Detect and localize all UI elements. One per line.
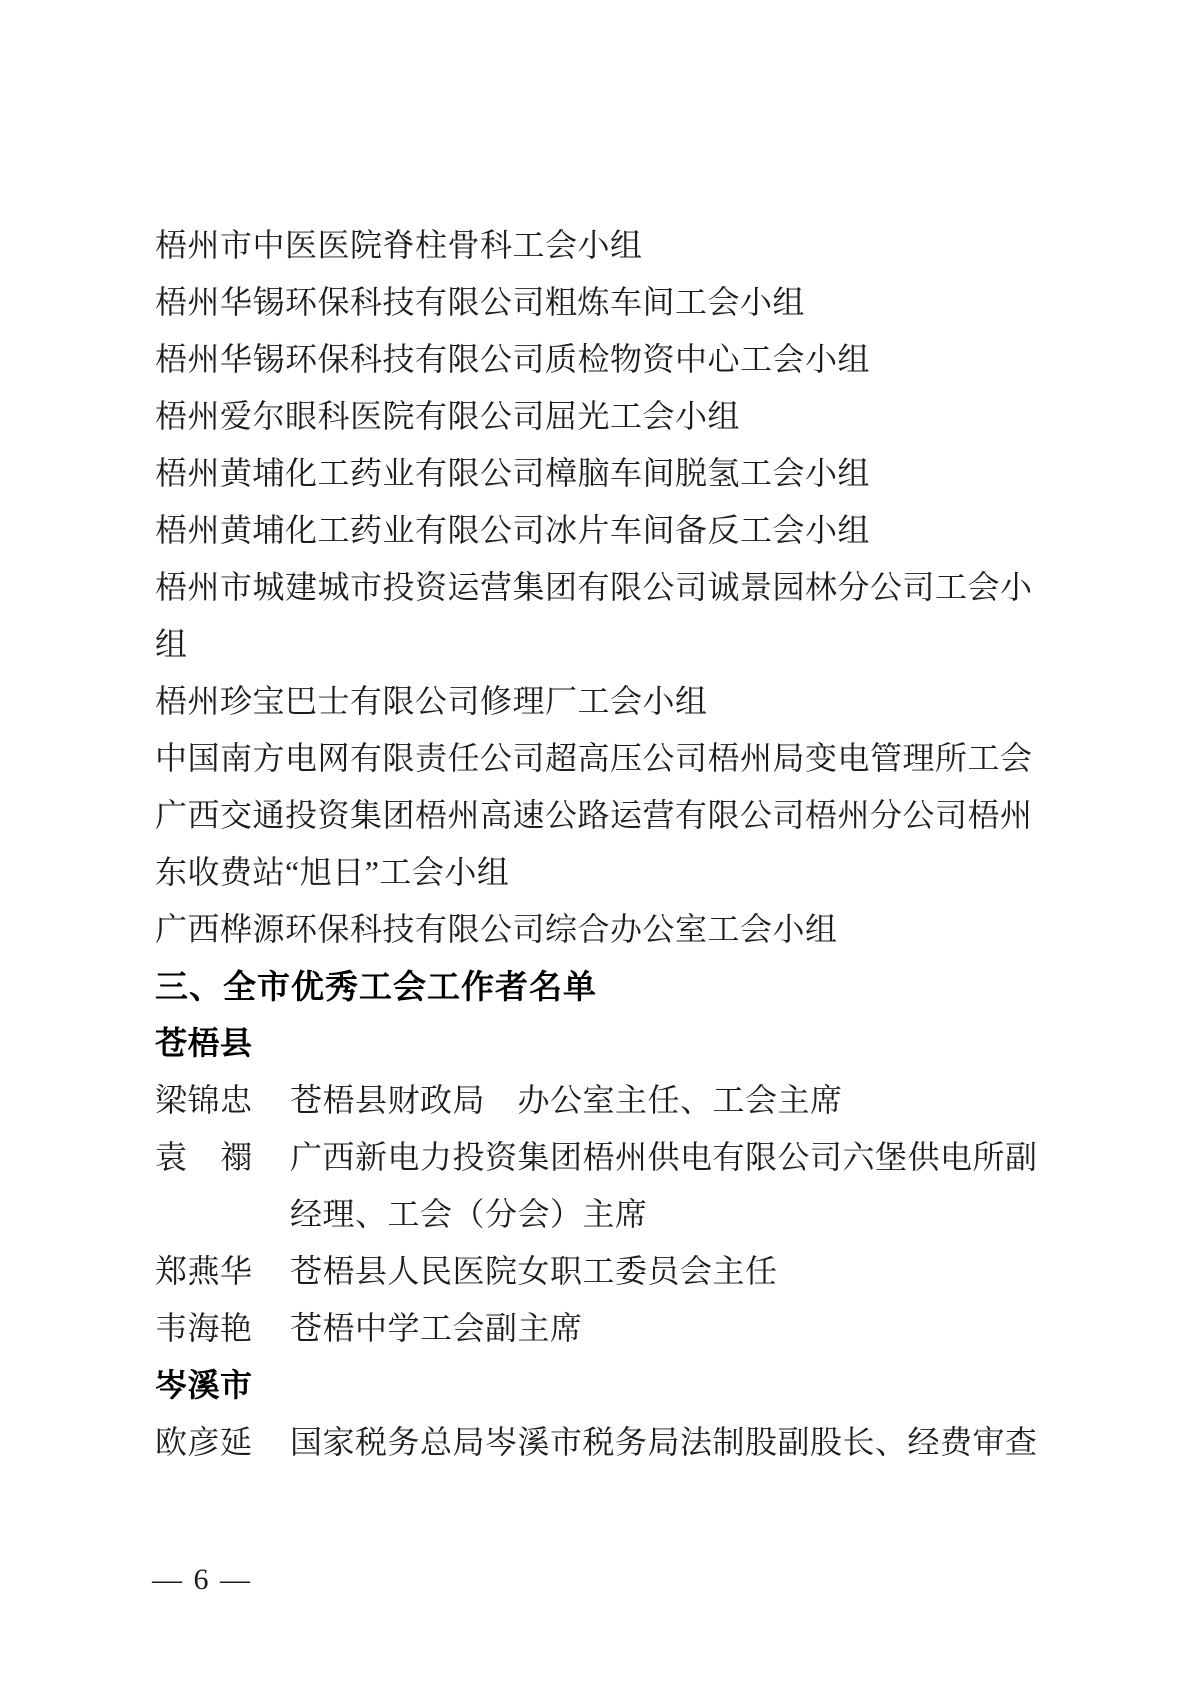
union-group-line-wrap: 组: [155, 616, 1050, 673]
page-number: — 6 —: [152, 1558, 252, 1602]
section-heading: 三、全市优秀工会工作者名单: [155, 958, 1050, 1015]
person-name: 郑燕华: [155, 1243, 253, 1300]
union-group-line: 梧州市中医医院脊柱骨科工会小组: [155, 217, 1050, 274]
union-group-line: 梧州珍宝巴士有限公司修理厂工会小组: [155, 673, 1050, 730]
person-title: 苍梧县财政局 办公室主任、工会主席: [290, 1072, 843, 1129]
worker-entry: 郑燕华 苍梧县人民医院女职工委员会主任: [155, 1243, 1050, 1300]
union-group-line: 梧州黄埔化工药业有限公司冰片车间备反工会小组: [155, 502, 1050, 559]
person-title: 苍梧县人民医院女职工委员会主任: [290, 1243, 778, 1300]
person-title: 国家税务总局岑溪市税务局法制股副股长、经费审查: [290, 1414, 1038, 1471]
person-name: 欧彦延: [155, 1414, 253, 1471]
county-heading-cenxi: 岑溪市: [155, 1357, 1050, 1414]
worker-entry: 欧彦延 国家税务总局岑溪市税务局法制股副股长、经费审查: [155, 1414, 1050, 1471]
worker-entry: 袁 禤 广西新电力投资集团梧州供电有限公司六堡供电所副: [155, 1129, 1050, 1186]
worker-entry: 韦海艳 苍梧中学工会副主席: [155, 1300, 1050, 1357]
union-group-line: 梧州市城建城市投资运营集团有限公司诚景园林分公司工会小: [155, 559, 1050, 616]
union-group-line-wrap: 东收费站“旭日”工会小组: [155, 844, 1050, 901]
worker-entry: 梁锦忠 苍梧县财政局 办公室主任、工会主席: [155, 1072, 1050, 1129]
county-heading-cangwu: 苍梧县: [155, 1015, 1050, 1072]
document-page: 梧州市中医医院脊柱骨科工会小组 梧州华锡环保科技有限公司粗炼车间工会小组 梧州华…: [0, 0, 1199, 1696]
union-group-line: 梧州爱尔眼科医院有限公司屈光工会小组: [155, 388, 1050, 445]
union-group-line: 梧州黄埔化工药业有限公司樟脑车间脱氢工会小组: [155, 445, 1050, 502]
person-title: 广西新电力投资集团梧州供电有限公司六堡供电所副: [290, 1129, 1038, 1186]
person-title-continuation: 经理、工会（分会）主席: [155, 1186, 1050, 1243]
union-group-line: 梧州华锡环保科技有限公司粗炼车间工会小组: [155, 274, 1050, 331]
person-name: 梁锦忠: [155, 1072, 253, 1129]
union-group-line: 梧州华锡环保科技有限公司质检物资中心工会小组: [155, 331, 1050, 388]
union-group-line: 中国南方电网有限责任公司超高压公司梧州局变电管理所工会: [155, 730, 1050, 787]
union-group-line: 广西桦源环保科技有限公司综合办公室工会小组: [155, 901, 1050, 958]
person-title: 苍梧中学工会副主席: [290, 1300, 583, 1357]
document-body: 梧州市中医医院脊柱骨科工会小组 梧州华锡环保科技有限公司粗炼车间工会小组 梧州华…: [155, 217, 1050, 1471]
person-name: 韦海艳: [155, 1300, 253, 1357]
person-name: 袁 禤: [155, 1129, 253, 1186]
union-group-line: 广西交通投资集团梧州高速公路运营有限公司梧州分公司梧州: [155, 787, 1050, 844]
